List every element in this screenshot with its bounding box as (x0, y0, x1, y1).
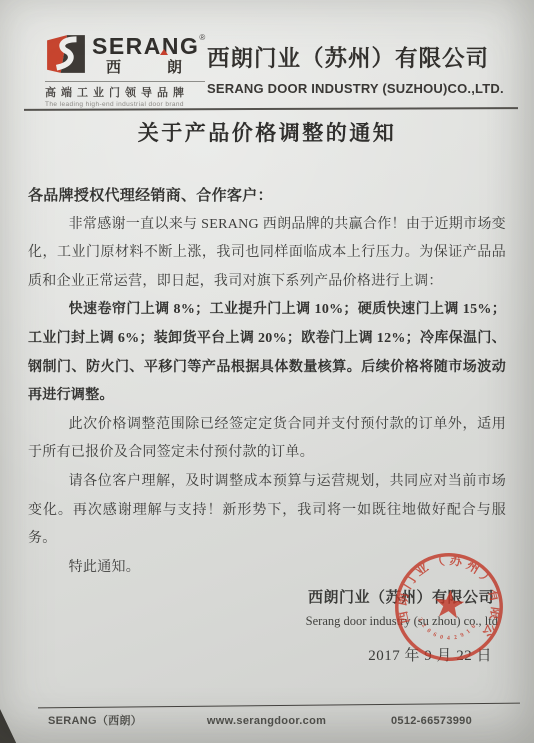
notice-title: 关于产品价格调整的通知 (0, 117, 534, 147)
paragraph-understanding: 请各位客户理解，及时调整成本预算与运营规划，共同应对当前市场变化。再次感谢理解与… (28, 468, 506, 554)
brand-text: SERANG (92, 35, 199, 58)
brand-tagline-cn: 高端工业门领导品牌 (45, 81, 205, 100)
seal-star-icon (433, 588, 465, 619)
brand-a-accent-icon (160, 49, 168, 55)
registered-trademark-icon: ® (199, 33, 205, 42)
page-footer: SERANG（西朗） www.serangdoor.com 0512-66573… (0, 695, 534, 743)
paragraph-price-increases: 快速卷帘门上调 8%；工业提升门上调 10%；硬质快速门上调 15%；工业门封上… (28, 296, 506, 410)
svg-text:西朗门业（苏州）有限公司: 西朗门业（苏州）有限公司 (385, 543, 509, 641)
header-divider (24, 107, 518, 111)
serang-logo: SERANG® 西朗 高端工业门领导品牌 The leading high-en… (45, 33, 205, 108)
letterhead: SERANG® 西朗 高端工业门领导品牌 The leading high-en… (45, 33, 516, 105)
notice-body: 各品牌授权代理经销商、合作客户： 非常感谢一直以来与 SERANG 西朗品牌的共… (28, 182, 506, 582)
company-name-english: SERANG DOOR INDUSTRY (SUZHOU)CO.,LTD. (207, 81, 516, 96)
footer-brand: SERANG（西朗） (48, 712, 142, 728)
company-name-block: 西朗门业（苏州）有限公司 SERANG DOOR INDUSTRY (SUZHO… (207, 41, 516, 96)
footer-phone: 0512-66573990 (391, 715, 472, 727)
company-name-chinese: 西朗门业（苏州）有限公司 (207, 41, 516, 73)
brand-tagline-en: The leading high-end industrial door bra… (45, 101, 205, 108)
paragraph-scope: 此次价格调整范围除已经签定定货合同并支付预付款的订单外，适用于所有已报价及合同签… (28, 411, 506, 468)
footer-website: www.serangdoor.com (207, 715, 326, 727)
salutation: 各品牌授权代理经销商、合作客户： (28, 182, 506, 211)
paragraph-thanks: 非常感谢一直以来与 SERANG 西朗品牌的共赢合作！由于近期市场变化，工业门原… (28, 211, 506, 297)
company-seal: 西朗门业（苏州）有限公司 320604291641 (385, 543, 512, 670)
footer-divider (38, 703, 520, 709)
seal-ring-text: 西朗门业（苏州）有限公司 (385, 543, 509, 641)
serang-logo-icon (45, 33, 87, 75)
notice-document: SERANG® 西朗 高端工业门领导品牌 The leading high-en… (0, 0, 534, 743)
